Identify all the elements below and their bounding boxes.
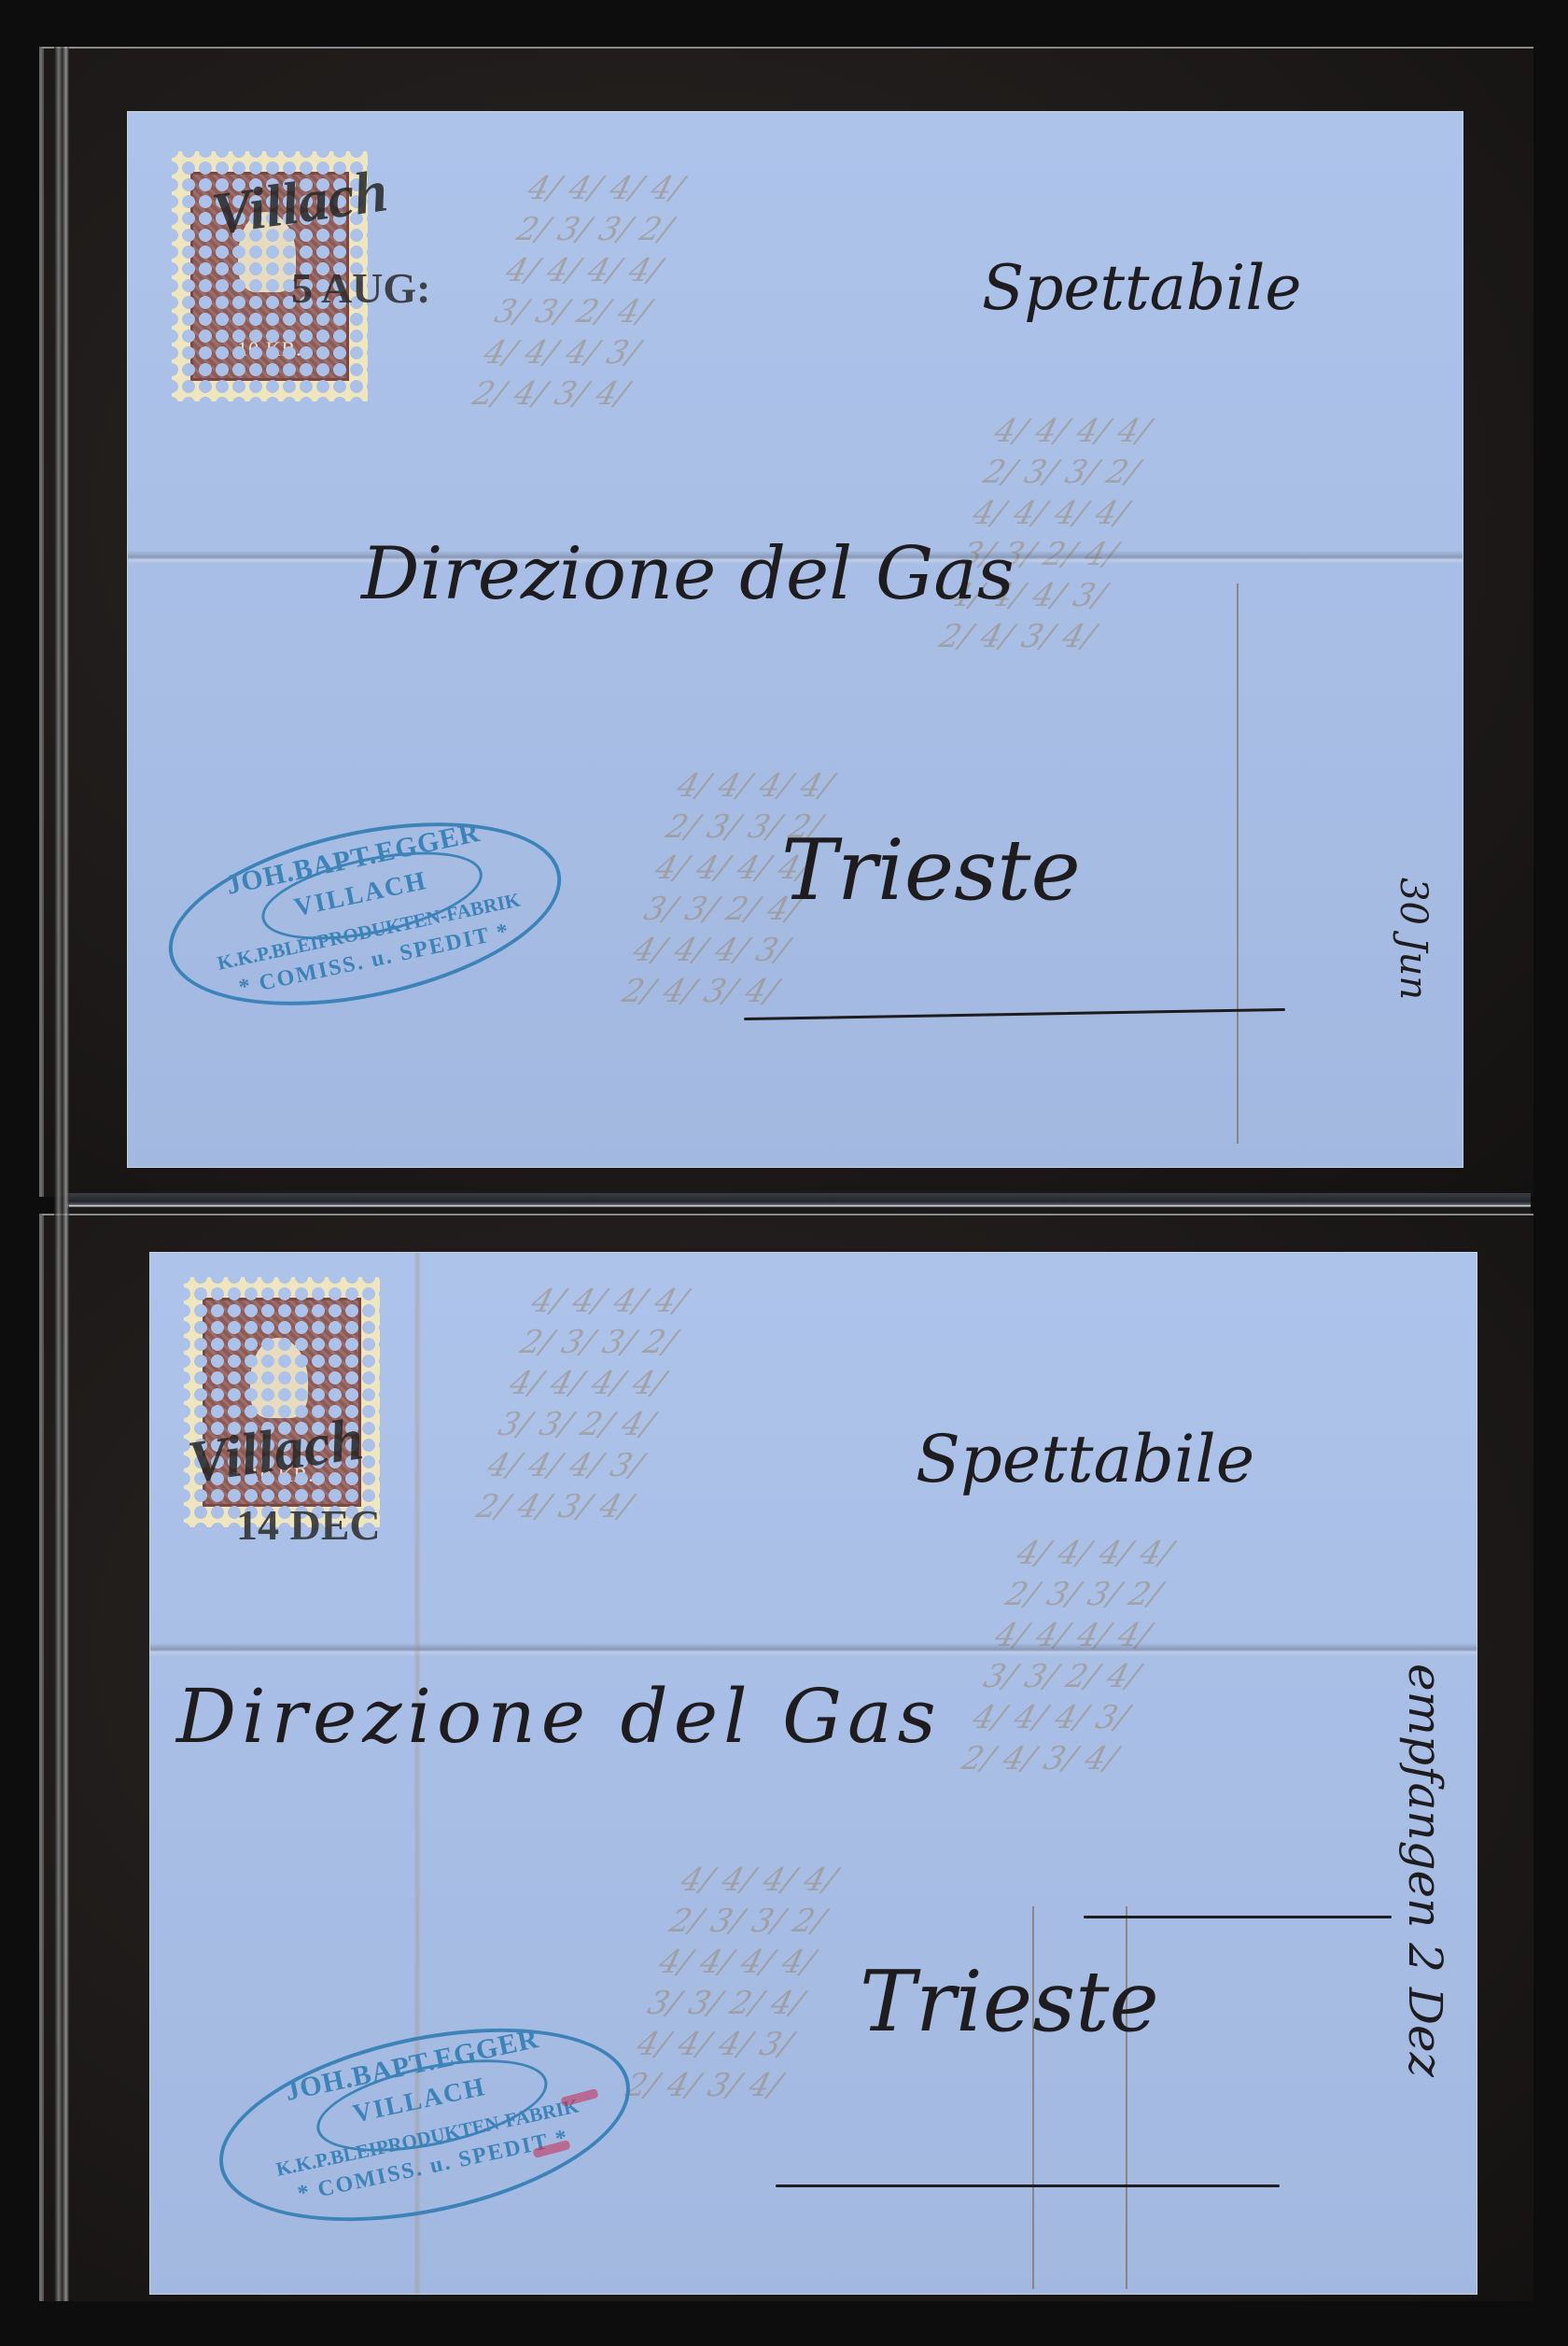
ink-bleed-through: 4/ 4/ 4/ 4/ 2/ 3/ 3/ 2/ 4/ 4/ 4/ 4/ 3/ 3… <box>469 168 689 414</box>
side-note: 30 Jun <box>1392 878 1435 1000</box>
city-overline <box>1084 1916 1392 1918</box>
postmark-date: 5 AUG: <box>291 263 431 313</box>
address-salutation: Spettabile <box>916 1421 1254 1497</box>
address-recipient: Direzione del Gas <box>361 532 1015 616</box>
address-recipient: Direzione del Gas <box>176 1673 942 1760</box>
cover-1: 4/ 4/ 4/ 4/ 2/ 3/ 3/ 2/ 4/ 4/ 4/ 4/ 3/ 3… <box>128 112 1463 1167</box>
ink-bleed-through: 4/ 4/ 4/ 4/ 2/ 3/ 3/ 2/ 4/ 4/ 4/ 4/ 3/ 3… <box>622 1860 842 2106</box>
sender-handstamp: JOH.BAPT.EGGER VILLACH K.K.P.BLEIPRODUKT… <box>152 791 578 1036</box>
address-city: Trieste <box>860 1953 1159 2051</box>
city-underline <box>744 1008 1285 1020</box>
ink-bleed-through: 4/ 4/ 4/ 4/ 2/ 3/ 3/ 2/ 4/ 4/ 4/ 4/ 3/ 3… <box>958 1533 1178 1779</box>
stamp-value: 10 KR. <box>193 337 346 361</box>
stamp-portrait <box>250 1338 308 1418</box>
address-city: Trieste <box>781 822 1081 920</box>
ink-bleed-through: 4/ 4/ 4/ 4/ 2/ 3/ 3/ 2/ 4/ 4/ 4/ 4/ 3/ 3… <box>472 1281 693 1527</box>
sender-handstamp: JOH.BAPT.EGGER VILLACH K.K.P.BLEIPRODUKT… <box>202 1995 647 2254</box>
postmark-date: 14 DEC <box>236 1500 381 1550</box>
fold-line <box>150 1643 1477 1656</box>
sleeve-divider <box>67 1193 1531 1214</box>
city-underline <box>776 2184 1280 2187</box>
ruled-line <box>1237 583 1239 1144</box>
address-salutation: Spettabile <box>982 252 1301 324</box>
sleeve-left-edge <box>54 47 69 2301</box>
side-note: empfangen 2 Dez <box>1398 1664 1452 2077</box>
cover-2: 4/ 4/ 4/ 4/ 2/ 3/ 3/ 2/ 4/ 4/ 4/ 4/ 3/ 3… <box>150 1253 1477 2294</box>
